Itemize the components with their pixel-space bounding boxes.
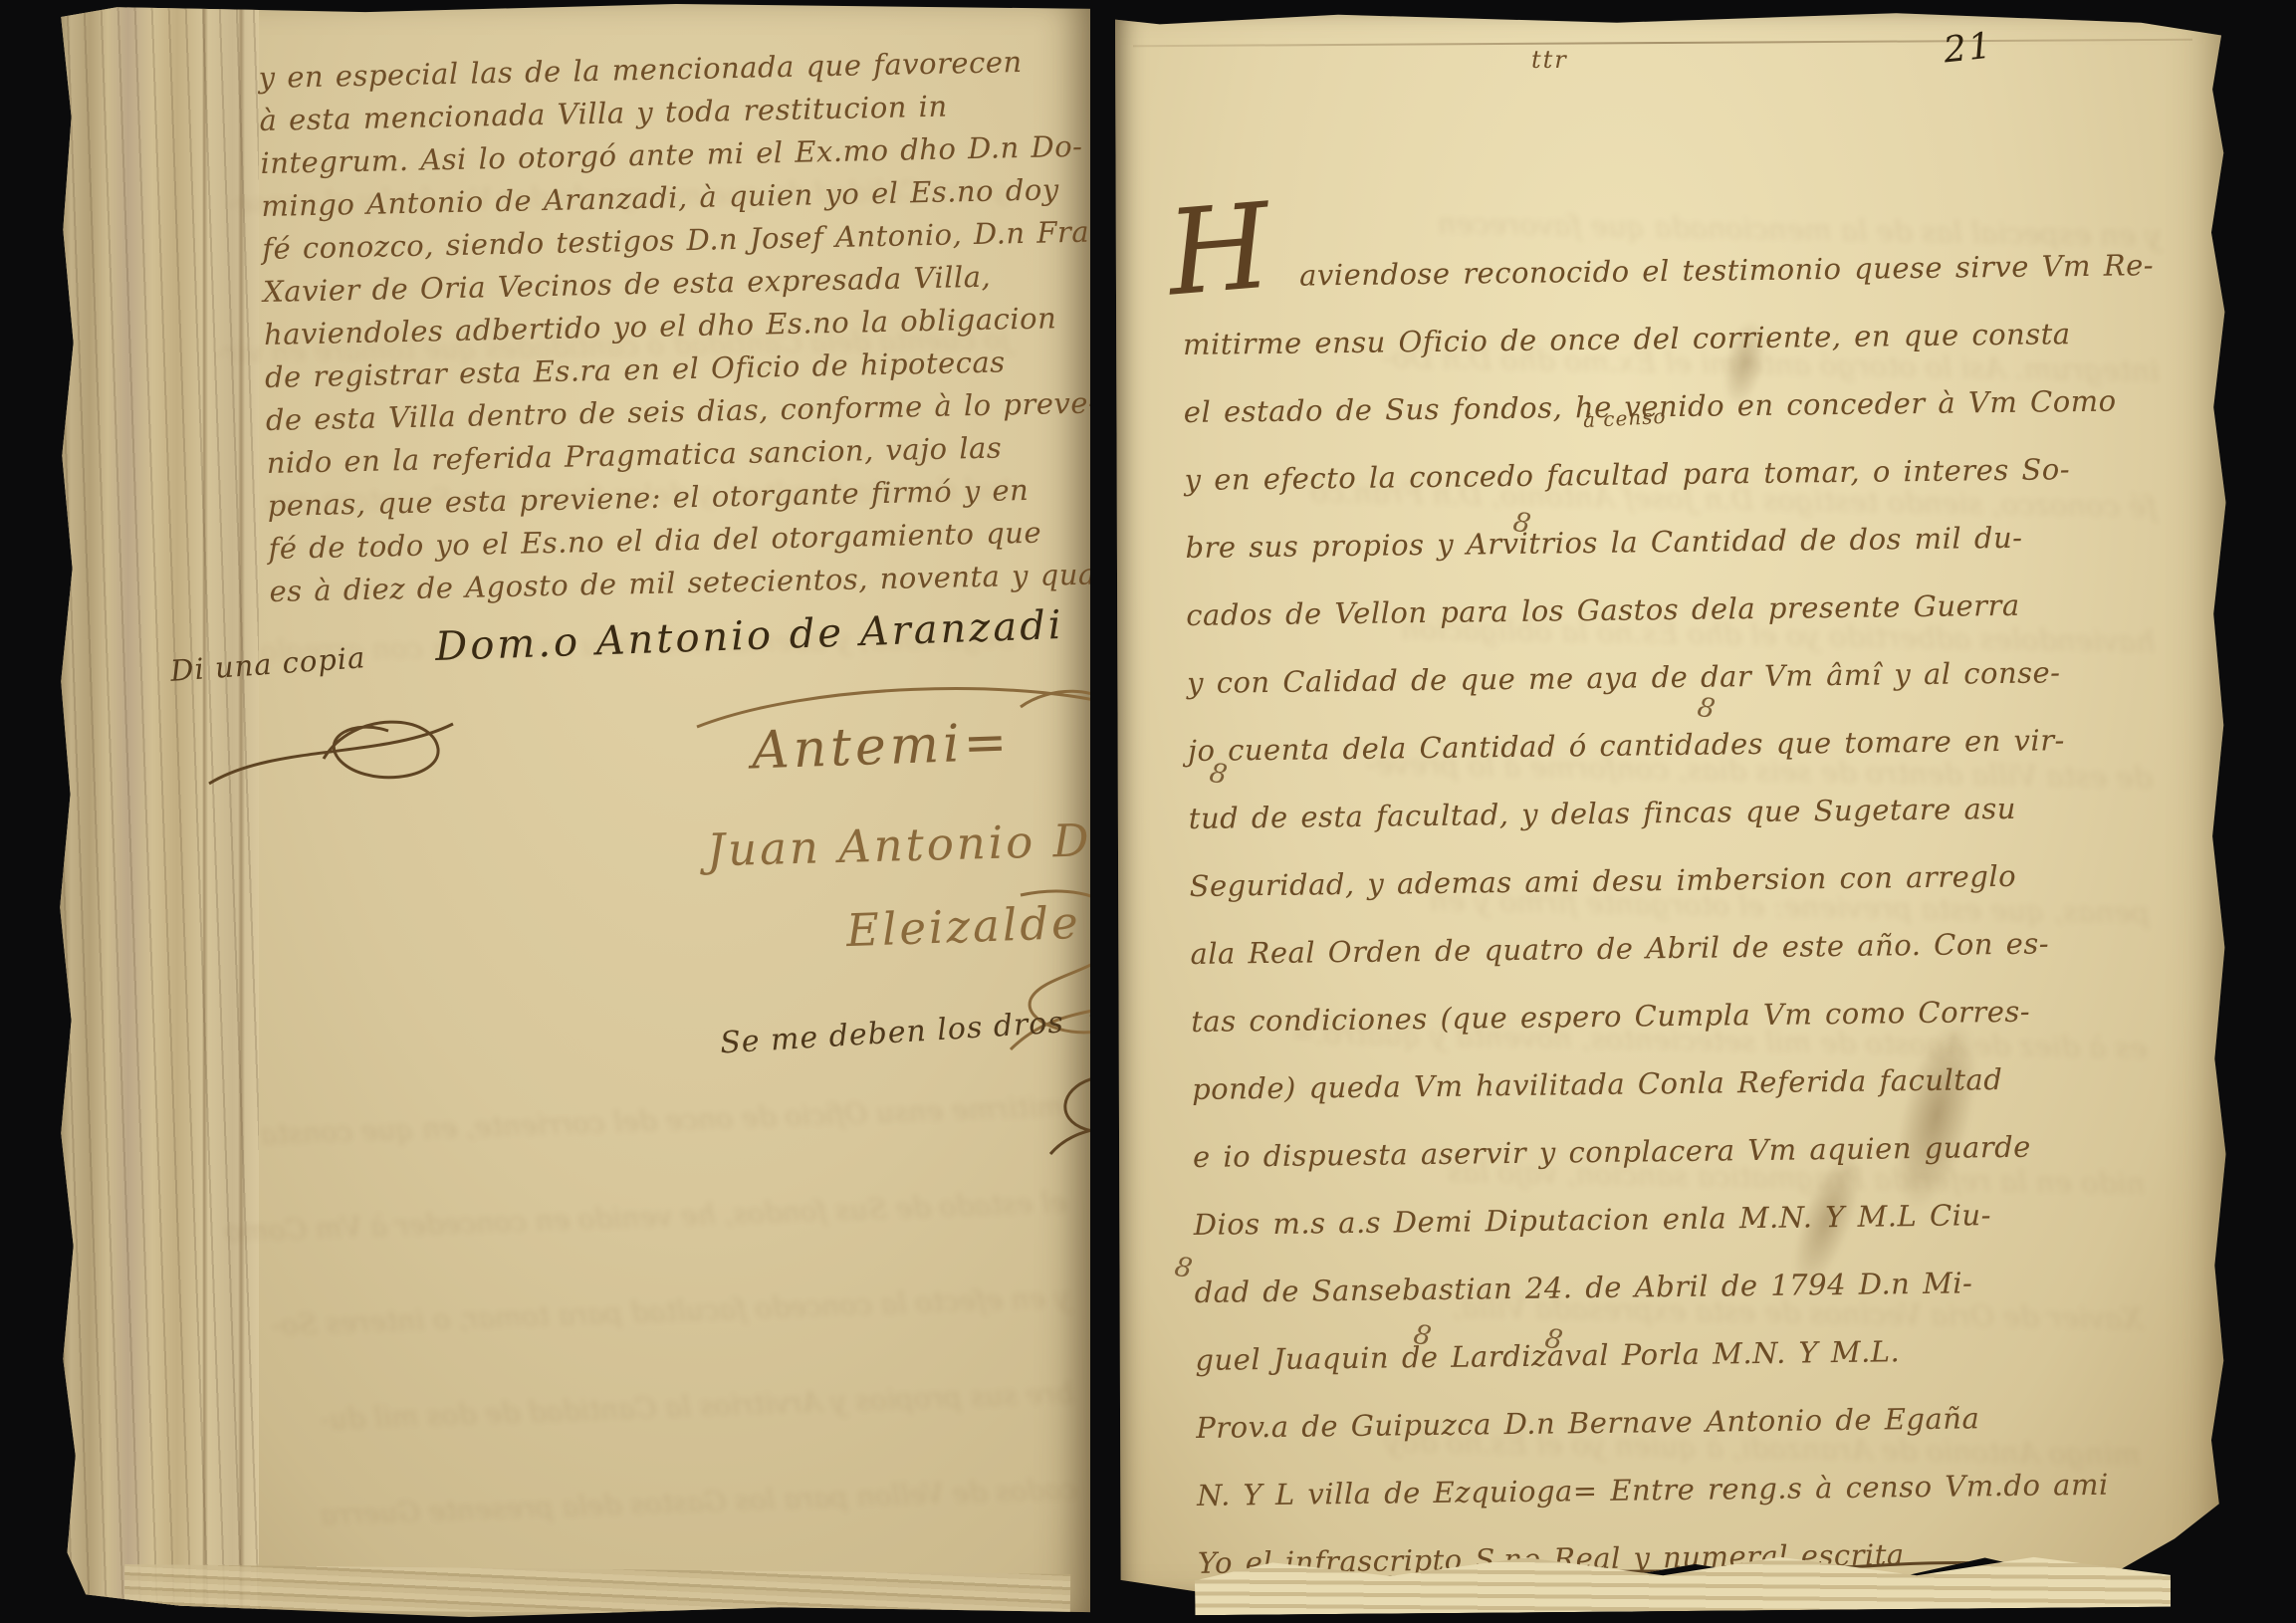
manuscript-line: dad de Sansebastian 24. de Abril de 1794… <box>1194 1247 2171 1326</box>
manuscript-line: y con Calidad de que me aya de dar Vm âm… <box>1187 637 2164 717</box>
manuscript-line: Prov.a de Guipuzca D.n Bernave Antonio d… <box>1196 1382 2173 1462</box>
right-page-text-block: H aviendose reconocido el testimonio que… <box>1182 231 2175 1597</box>
left-page-text-block: y en especial las de la mencionada que f… <box>258 39 1126 613</box>
manuscript-line: ala Real Orden de quatro de Abril de est… <box>1190 908 2167 988</box>
header-ink-mark: ttr <box>1531 46 1568 74</box>
drop-cap-initial: H <box>1163 187 1275 313</box>
manuscript-line: y en efecto la concedo facultad para tom… <box>1184 434 2161 514</box>
scanned-manuscript-spread: y con Calidad de que me aya de dar Vm âm… <box>0 0 2296 1623</box>
ghost-line: cados de Vellon para los Gastos dela pre… <box>199 1442 1078 1568</box>
right-page: y en especial las de la mencionada que f… <box>1115 10 2230 1599</box>
manuscript-line: jo cuenta dela Cantidad ó cantidades que… <box>1188 705 2165 785</box>
manuscript-line: tud de esta facultad, y delas fincas que… <box>1188 773 2165 852</box>
margin-note-rubric-flourish <box>204 689 473 799</box>
attestation-flourish <box>692 677 1120 737</box>
ghost-line: el estado de Sus fondos, he venido en co… <box>189 1155 1068 1281</box>
manuscript-line: guel Juaquin de Lardizaval Porla M.N. Y … <box>1195 1314 2172 1394</box>
top-fold-crease <box>1133 39 2192 47</box>
page-number: 21 <box>1942 26 1995 72</box>
manuscript-line: el estado de Sus fondos, he venido en co… <box>1183 366 2160 446</box>
page-edge-stack <box>55 4 259 1617</box>
manuscript-line: mitirme ensu Oficio de once del corrient… <box>1183 299 2160 378</box>
ghost-line: bre sus propios y Arvitrios la Cantidad … <box>196 1346 1075 1473</box>
left-page: y con Calidad de que me aya de dar Vm âm… <box>55 4 1090 1617</box>
manuscript-line: tas condiciones (que espero Cumpla Vm co… <box>1191 976 2168 1055</box>
ghost-line: mitirme ensu Oficio de once del corrient… <box>186 1059 1065 1186</box>
manuscript-line: Dios m.s a.s Demi Diputacion enla M.N. Y… <box>1193 1179 2170 1259</box>
manuscript-line: e io dispuesta aservir y conplacera Vm a… <box>1193 1111 2170 1191</box>
ghost-line: y en efecto la concedo facultad para tom… <box>193 1251 1072 1377</box>
manuscript-line: bre sus propios y Arvitrios la Cantidad … <box>1185 502 2162 581</box>
rubric-mark: 8 <box>1172 1252 1194 1285</box>
showthrough-text: mitirme ensu Oficio de once del corrient… <box>186 1059 1078 1567</box>
signature-aranzadi: Dom.o Antonio de Aranzadi <box>434 602 1064 670</box>
manuscript-line: aviendose reconocido el testimonio quese… <box>1182 231 2159 311</box>
manuscript-line: Seguridad, y ademas ami desu imbersion c… <box>1189 840 2166 920</box>
bottom-page-edges <box>124 1564 1070 1618</box>
interline-insertion: à censo <box>1582 404 1667 432</box>
signature-notary-line1: Juan Antonio De <box>706 813 1122 877</box>
manuscript-line: ponde) queda Vm havilitada Conla Referid… <box>1192 1043 2169 1123</box>
manuscript-line: N. Y L villa de Ezquioga= Entre reng.s à… <box>1197 1450 2174 1529</box>
manuscript-line: cados de Vellon para los Gastos dela pre… <box>1186 570 2163 649</box>
